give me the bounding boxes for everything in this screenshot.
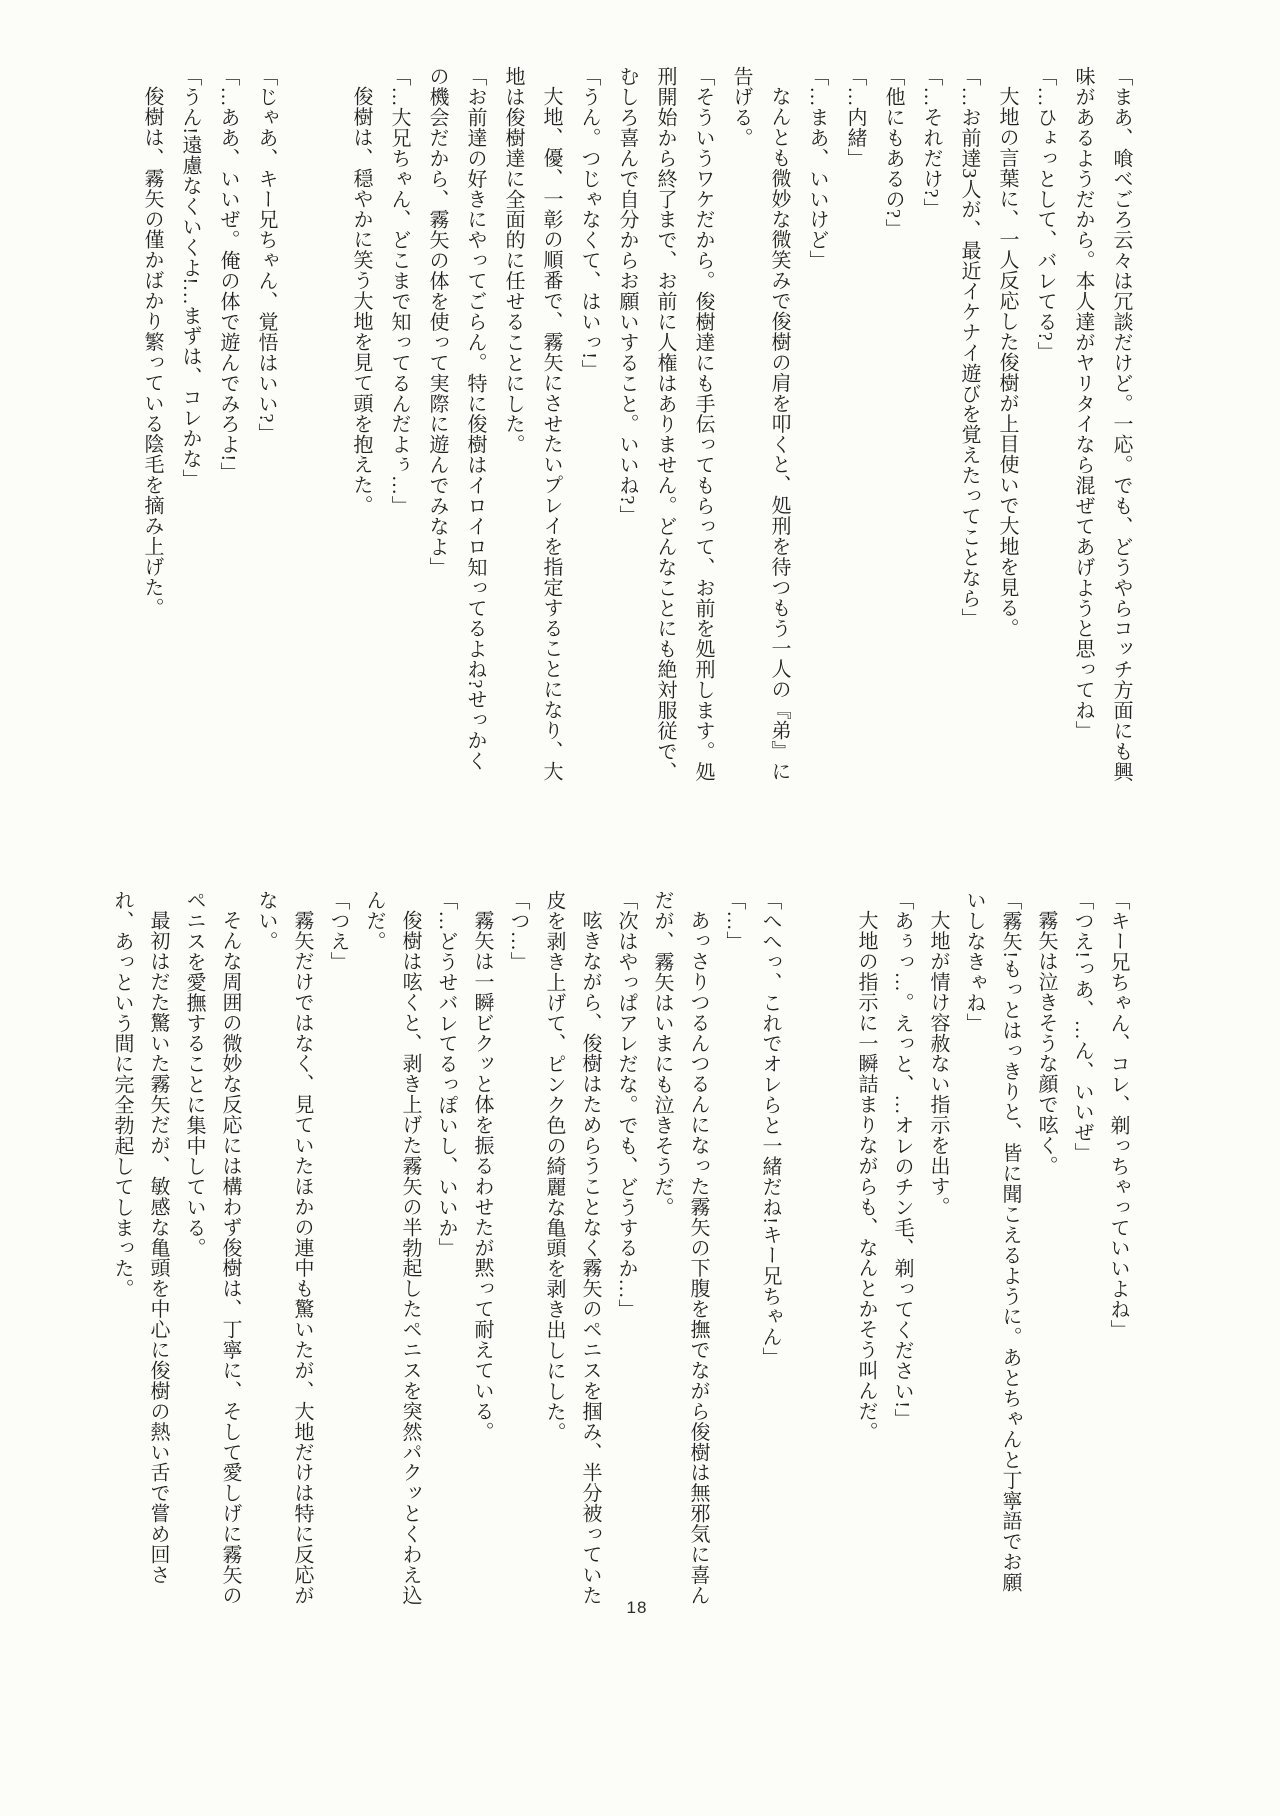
text-line: 大地の言葉に、一人反応した俊樹が上目使いで大地を見る。 bbox=[988, 66, 1026, 790]
page-number: 18 bbox=[0, 1598, 1274, 1618]
text-line: 「…どうせバレてるっぽいし、いいか」 bbox=[428, 890, 464, 1614]
text-line: 大地が情け容赦ない指示を出す。 bbox=[920, 890, 956, 1614]
text-line: 「うん。つじゃなくて、はいっ!」 bbox=[570, 66, 608, 790]
text-line: 俊樹は呟くと、剥き上げた霧矢の半勃起したペニスを突然パクッとくわえ込 bbox=[392, 890, 428, 1614]
text-tier-bottom: 「キー兄ちゃん、コレ、剃っちゃっていいよね」「つえ!っあ、…ん、いいぜ」霧矢は泣… bbox=[104, 890, 1136, 1614]
text-line: いしなきゃね」 bbox=[956, 890, 992, 1614]
text-line: 大地、優、一彰の順番で、霧矢にさせたいプレイを指定することになり、大 bbox=[532, 66, 570, 790]
text-tier-top: 「まあ、喰べごろ云々は冗談だけど。一応。でも、どうやらコッチ方面にも興味があるよ… bbox=[133, 66, 1140, 790]
text-line: 味があるようだから。本人達がヤリタイなら混ぜてあげようと思ってね」 bbox=[1064, 66, 1102, 790]
text-line: あっさりつるんつるんになった霧矢の下腹を撫でながら俊樹は無邪気に喜ん bbox=[680, 890, 716, 1614]
text-line: 「お前達の好きにやってごらん。特に俊樹はイロイロ知ってるよね?せっかく bbox=[456, 66, 494, 790]
text-line: 霧矢は一瞬ビクッと体を振るわせたが黙って耐えている。 bbox=[464, 890, 500, 1614]
text-line: だが、霧矢はいまにも泣きそうだ。 bbox=[644, 890, 680, 1614]
text-line: 大地の指示に一瞬詰まりながらも、なんとかそう叫んだ。 bbox=[848, 890, 884, 1614]
text-line: 告げる。 bbox=[722, 66, 760, 790]
text-line: 「…まあ、いいけど」 bbox=[798, 66, 836, 790]
text-line: 「そういうワケだから。俊樹達にも手伝ってもらって、お前を処刑します。処 bbox=[684, 66, 722, 790]
text-line: なんとも微妙な微笑みで俊樹の肩を叩くと、処刑を待つもう一人の『弟』に bbox=[760, 66, 798, 790]
text-line: 呟きながら、俊樹はためらうことなく霧矢のペニスを掴み、半分被っていた bbox=[572, 890, 608, 1614]
text-line: 俊樹は、穏やかに笑う大地を見て頭を抱えた。 bbox=[342, 66, 380, 790]
text-line: 最初はだた驚いた霧矢だが、敏感な亀頭を中心に俊樹の熱い舌で嘗め回さ bbox=[140, 890, 176, 1614]
text-line: 「じゃあ、キー兄ちゃん、覚悟はいい?」 bbox=[247, 66, 285, 790]
text-line: 「あぅっ…。えっと、…オレのチン毛、剃ってください!」 bbox=[884, 890, 920, 1614]
text-line: 「…内緒」 bbox=[836, 66, 874, 790]
text-line: れ、あっという間に完全勃起してしまった。 bbox=[104, 890, 140, 1614]
text-line: 皮を剥き上げて、ピンク色の綺麗な亀頭を剥き出しにした。 bbox=[536, 890, 572, 1614]
text-line: 「他にもあるの?」 bbox=[874, 66, 912, 790]
text-line: ペニスを愛撫することに集中している。 bbox=[176, 890, 212, 1614]
text-line: むしろ喜んで自分からお願いすること。いいね?」 bbox=[608, 66, 646, 790]
text-line: 俊樹は、霧矢の僅かばかり繁っている陰毛を摘み上げた。 bbox=[133, 66, 171, 790]
text-line: 「つ…」 bbox=[500, 890, 536, 1614]
text-line: 刑開始から終了まで、お前に人権はありません。どんなことにも絶対服従で、 bbox=[646, 66, 684, 790]
text-line: 「キー兄ちゃん、コレ、剃っちゃっていいよね」 bbox=[1100, 890, 1136, 1614]
text-line: 「…大兄ちゃん、どこまで知ってるんだよぅ…」 bbox=[380, 66, 418, 790]
text-line: 「次はやっぱアレだな。でも、どうするか…」 bbox=[608, 890, 644, 1614]
text-line: 「…ひょっとして、バレてる?」 bbox=[1026, 66, 1064, 790]
text-line: の機会だから、霧矢の体を使って実際に遊んでみなよ」 bbox=[418, 66, 456, 790]
text-line: 「…お前達3人が、最近イケナイ遊びを覚えたってことなら」 bbox=[950, 66, 988, 790]
text-line: 霧矢は泣きそうな顔で呟く。 bbox=[1028, 890, 1064, 1614]
text-line: 「霧矢!もっとはっきりと、皆に聞こえるように。あとちゃんと丁寧語でお願 bbox=[992, 890, 1028, 1614]
text-line: 「つえ!っあ、…ん、いいぜ」 bbox=[1064, 890, 1100, 1614]
text-line: んだ。 bbox=[356, 890, 392, 1614]
text-line: そんな周囲の微妙な反応には構わず俊樹は、丁寧に、そして愛しげに霧矢の bbox=[212, 890, 248, 1614]
text-line: 「…ああ、いいぜ。俺の体で遊んでみろよ!」 bbox=[209, 66, 247, 790]
text-line: 「…それだけ?」 bbox=[912, 66, 950, 790]
text-line: 地は俊樹達に全面的に任せることにした。 bbox=[494, 66, 532, 790]
text-line: 「つえ」 bbox=[320, 890, 356, 1614]
text-line: 霧矢だけではなく、見ていたほかの連中も驚いたが、大地だけは特に反応が bbox=[284, 890, 320, 1614]
text-line: 「…」 bbox=[716, 890, 752, 1614]
text-line: 「へへっ、これでオレらと一緒だね!キー兄ちゃん」 bbox=[752, 890, 788, 1614]
text-line: ない。 bbox=[248, 890, 284, 1614]
text-line: 「うん!遠慮なくいくよ!…まずは、コレかな」 bbox=[171, 66, 209, 790]
document-page: 「まあ、喰べごろ云々は冗談だけど。一応。でも、どうやらコッチ方面にも興味があるよ… bbox=[0, 0, 1280, 1816]
text-line: 「まあ、喰べごろ云々は冗談だけど。一応。でも、どうやらコッチ方面にも興 bbox=[1102, 66, 1140, 790]
